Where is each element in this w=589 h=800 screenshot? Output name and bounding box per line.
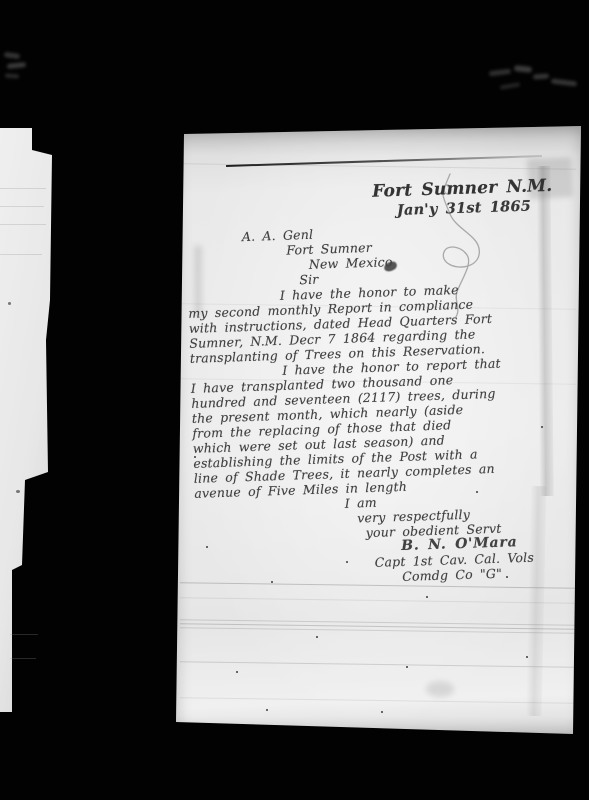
ruled-line	[180, 661, 576, 668]
letter-content: Fort Sumner N.M. Jan'y 31st 1865 A. A. G…	[184, 169, 581, 591]
ink-speck	[16, 490, 20, 493]
ink-speck	[381, 711, 383, 713]
stain-blob	[426, 681, 454, 697]
ink-speck	[526, 656, 528, 658]
film-smudge-top-right	[489, 69, 511, 77]
ink-speck	[236, 671, 238, 673]
ruled-line	[0, 188, 46, 189]
scan-line-artifact	[10, 658, 36, 659]
ink-speck	[266, 709, 268, 711]
ink-speck	[316, 636, 318, 638]
ink-speck	[8, 302, 11, 305]
ruled-line	[0, 224, 46, 225]
ink-speck	[406, 666, 408, 668]
ruled-line	[180, 597, 576, 604]
film-smudge-top-right	[500, 82, 520, 89]
letter-page: Fort Sumner N.M. Jan'y 31st 1865 A. A. G…	[176, 126, 582, 738]
ruled-line	[0, 206, 44, 207]
film-smudge-top-left	[7, 62, 26, 69]
film-smudge-top-left	[4, 52, 21, 59]
film-smudge-top-right	[514, 65, 533, 73]
film-smudge-top-left	[5, 74, 19, 79]
ruled-line	[0, 254, 42, 255]
adjacent-page-fragment	[0, 128, 56, 714]
ruled-line	[180, 697, 576, 704]
microfilm-scan: Fort Sumner N.M. Jan'y 31st 1865 A. A. G…	[0, 0, 589, 800]
page-top-shadow	[176, 126, 582, 156]
film-smudge-top-right	[533, 73, 549, 79]
ink-speck	[426, 596, 428, 598]
page-bottom-shadow	[176, 716, 582, 738]
film-smudge-top-right	[551, 78, 577, 86]
scan-line-artifact	[10, 634, 38, 635]
